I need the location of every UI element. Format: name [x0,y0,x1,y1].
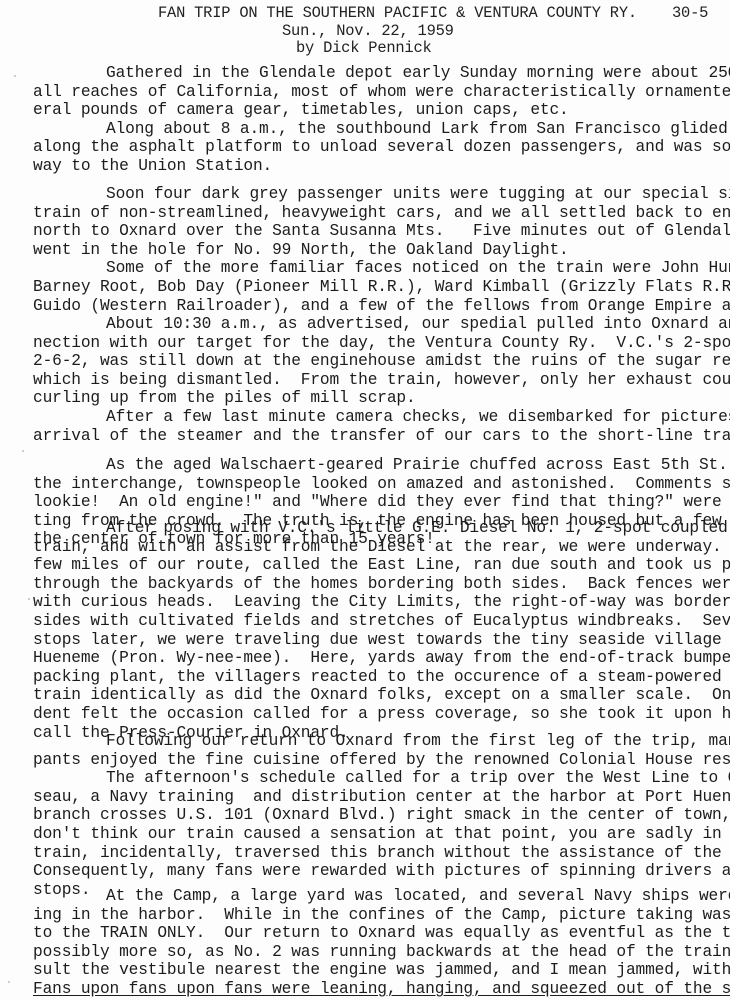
text-line: went in the hole for No. 99 North, the O… [33,241,723,260]
scan-speck [14,75,16,77]
text-line: Guido (Western Railroader), and a few of… [33,297,723,316]
text-line: train, and with an assist from the Diese… [33,538,723,557]
text-line: Consequently, many fans were rewarded wi… [33,862,723,881]
text-line: packing plant, the villagers reacted to … [33,668,723,687]
text-line: eral pounds of camera gear, timetables, … [33,101,723,120]
paragraph-oxnard-arrival: About 10:30 a.m., as advertised, our spe… [33,315,723,408]
text-line: About 10:30 a.m., as advertised, our spe… [33,315,723,334]
scan-speck [712,798,714,800]
text-line: pants enjoyed the fine cuisine offered b… [33,751,723,770]
text-line: arrival of the steamer and the transfer … [33,427,723,446]
text-line: to the TRAIN ONLY. Our return to Oxnard … [33,924,723,943]
text-line: Gathered in the Glendale depot early Sun… [33,64,723,83]
text-line: Some of the more familiar faces noticed … [33,259,723,278]
scan-speck [22,450,24,452]
text-line: Barney Root, Bob Day (Pioneer Mill R.R.)… [33,278,723,297]
text-line: with curious heads. Leaving the City Lim… [33,593,723,612]
text-line: dent felt the occasion called for a pres… [33,705,723,724]
paragraph-lark: Along about 8 a.m., the southbound Lark … [33,120,723,176]
paragraph-passenger-units: Soon four dark grey passenger units were… [33,185,723,259]
page-number: 30-5 [672,5,708,22]
text-line: As the aged Walschaert-geared Prairie ch… [33,456,723,475]
text-line: seau, a Navy training and distribution c… [33,788,723,807]
paragraph-gathered: Gathered in the Glendale depot early Sun… [33,64,723,120]
text-line: lookie! An old engine!" and "Where did t… [33,493,723,512]
text-line: sult the vestibule nearest the engine wa… [33,961,723,980]
text-line: all reaches of California, most of whom … [33,83,723,102]
text-line: Along about 8 a.m., the southbound Lark … [33,120,723,139]
text-line: stops later, we were traveling due west … [33,631,723,650]
text-line: Soon four dark grey passenger units were… [33,185,723,204]
text-line: After a few last minute camera checks, w… [33,408,723,427]
text-line: north to Oxnard over the Santa Susanna M… [33,222,723,241]
scan-speck [28,598,30,600]
paragraph-camp: At the Camp, a large yard was located, a… [33,887,723,999]
text-line: The afternoon's schedule called for a tr… [33,769,723,788]
text-line: train of non-streamlined, heavyweight ca… [33,204,723,223]
text-line: sides with cultivated fields and stretch… [33,612,723,631]
text-line: which is being dismantled. From the trai… [33,371,723,390]
text-line: the interchange, townspeople looked on a… [33,475,723,494]
scan-speck [8,981,10,983]
text-line: ing in the harbor. While in the confines… [33,906,723,925]
text-line: few miles of our route, called the East … [33,556,723,575]
paragraph-camera-checks: After a few last minute camera checks, w… [33,408,723,445]
text-line: Hueneme (Pron. Wy-nee-mee). Here, yards … [33,649,723,668]
text-line: nection with our target for the day, the… [33,334,723,353]
text-line: possibly more so, as No. 2 was running b… [33,943,723,962]
text-line: through the backyards of the homes borde… [33,575,723,594]
typewritten-page: FAN TRIP ON THE SOUTHERN PACIFIC & VENTU… [0,0,730,1000]
paragraph-familiar-faces: Some of the more familiar faces noticed … [33,259,723,315]
byline: by Dick Pennick [296,40,432,57]
text-line: don't think our train caused a sensation… [33,825,723,844]
paragraph-colonial-house: Following our return to Oxnard from the … [33,732,723,769]
document-date: Sun., Nov. 22, 1959 [282,23,454,40]
text-line: At the Camp, a large yard was located, a… [33,887,723,906]
text-line-underlined: Fans upon fans upon fans were leaning, h… [33,980,723,999]
text-line: Following our return to Oxnard from the … [33,732,723,751]
text-line: curling up from the piles of mill scrap. [33,389,723,408]
text-line: along the asphalt platform to unload sev… [33,138,723,157]
text-line: 2-6-2, was still down at the enginehouse… [33,352,723,371]
text-line: branch crosses U.S. 101 (Oxnard Blvd.) r… [33,806,723,825]
text-line: train identically as did the Oxnard folk… [33,686,723,705]
document-title: FAN TRIP ON THE SOUTHERN PACIFIC & VENTU… [158,5,637,22]
paragraph-underway: After posing with V.C.'s little G.E. Die… [33,519,723,742]
text-line: way to the Union Station. [33,157,723,176]
text-line: After posing with V.C.'s little G.E. Die… [33,519,723,538]
paragraph-west-line: The afternoon's schedule called for a tr… [33,769,723,899]
text-line: train, incidentally, traversed this bran… [33,844,723,863]
